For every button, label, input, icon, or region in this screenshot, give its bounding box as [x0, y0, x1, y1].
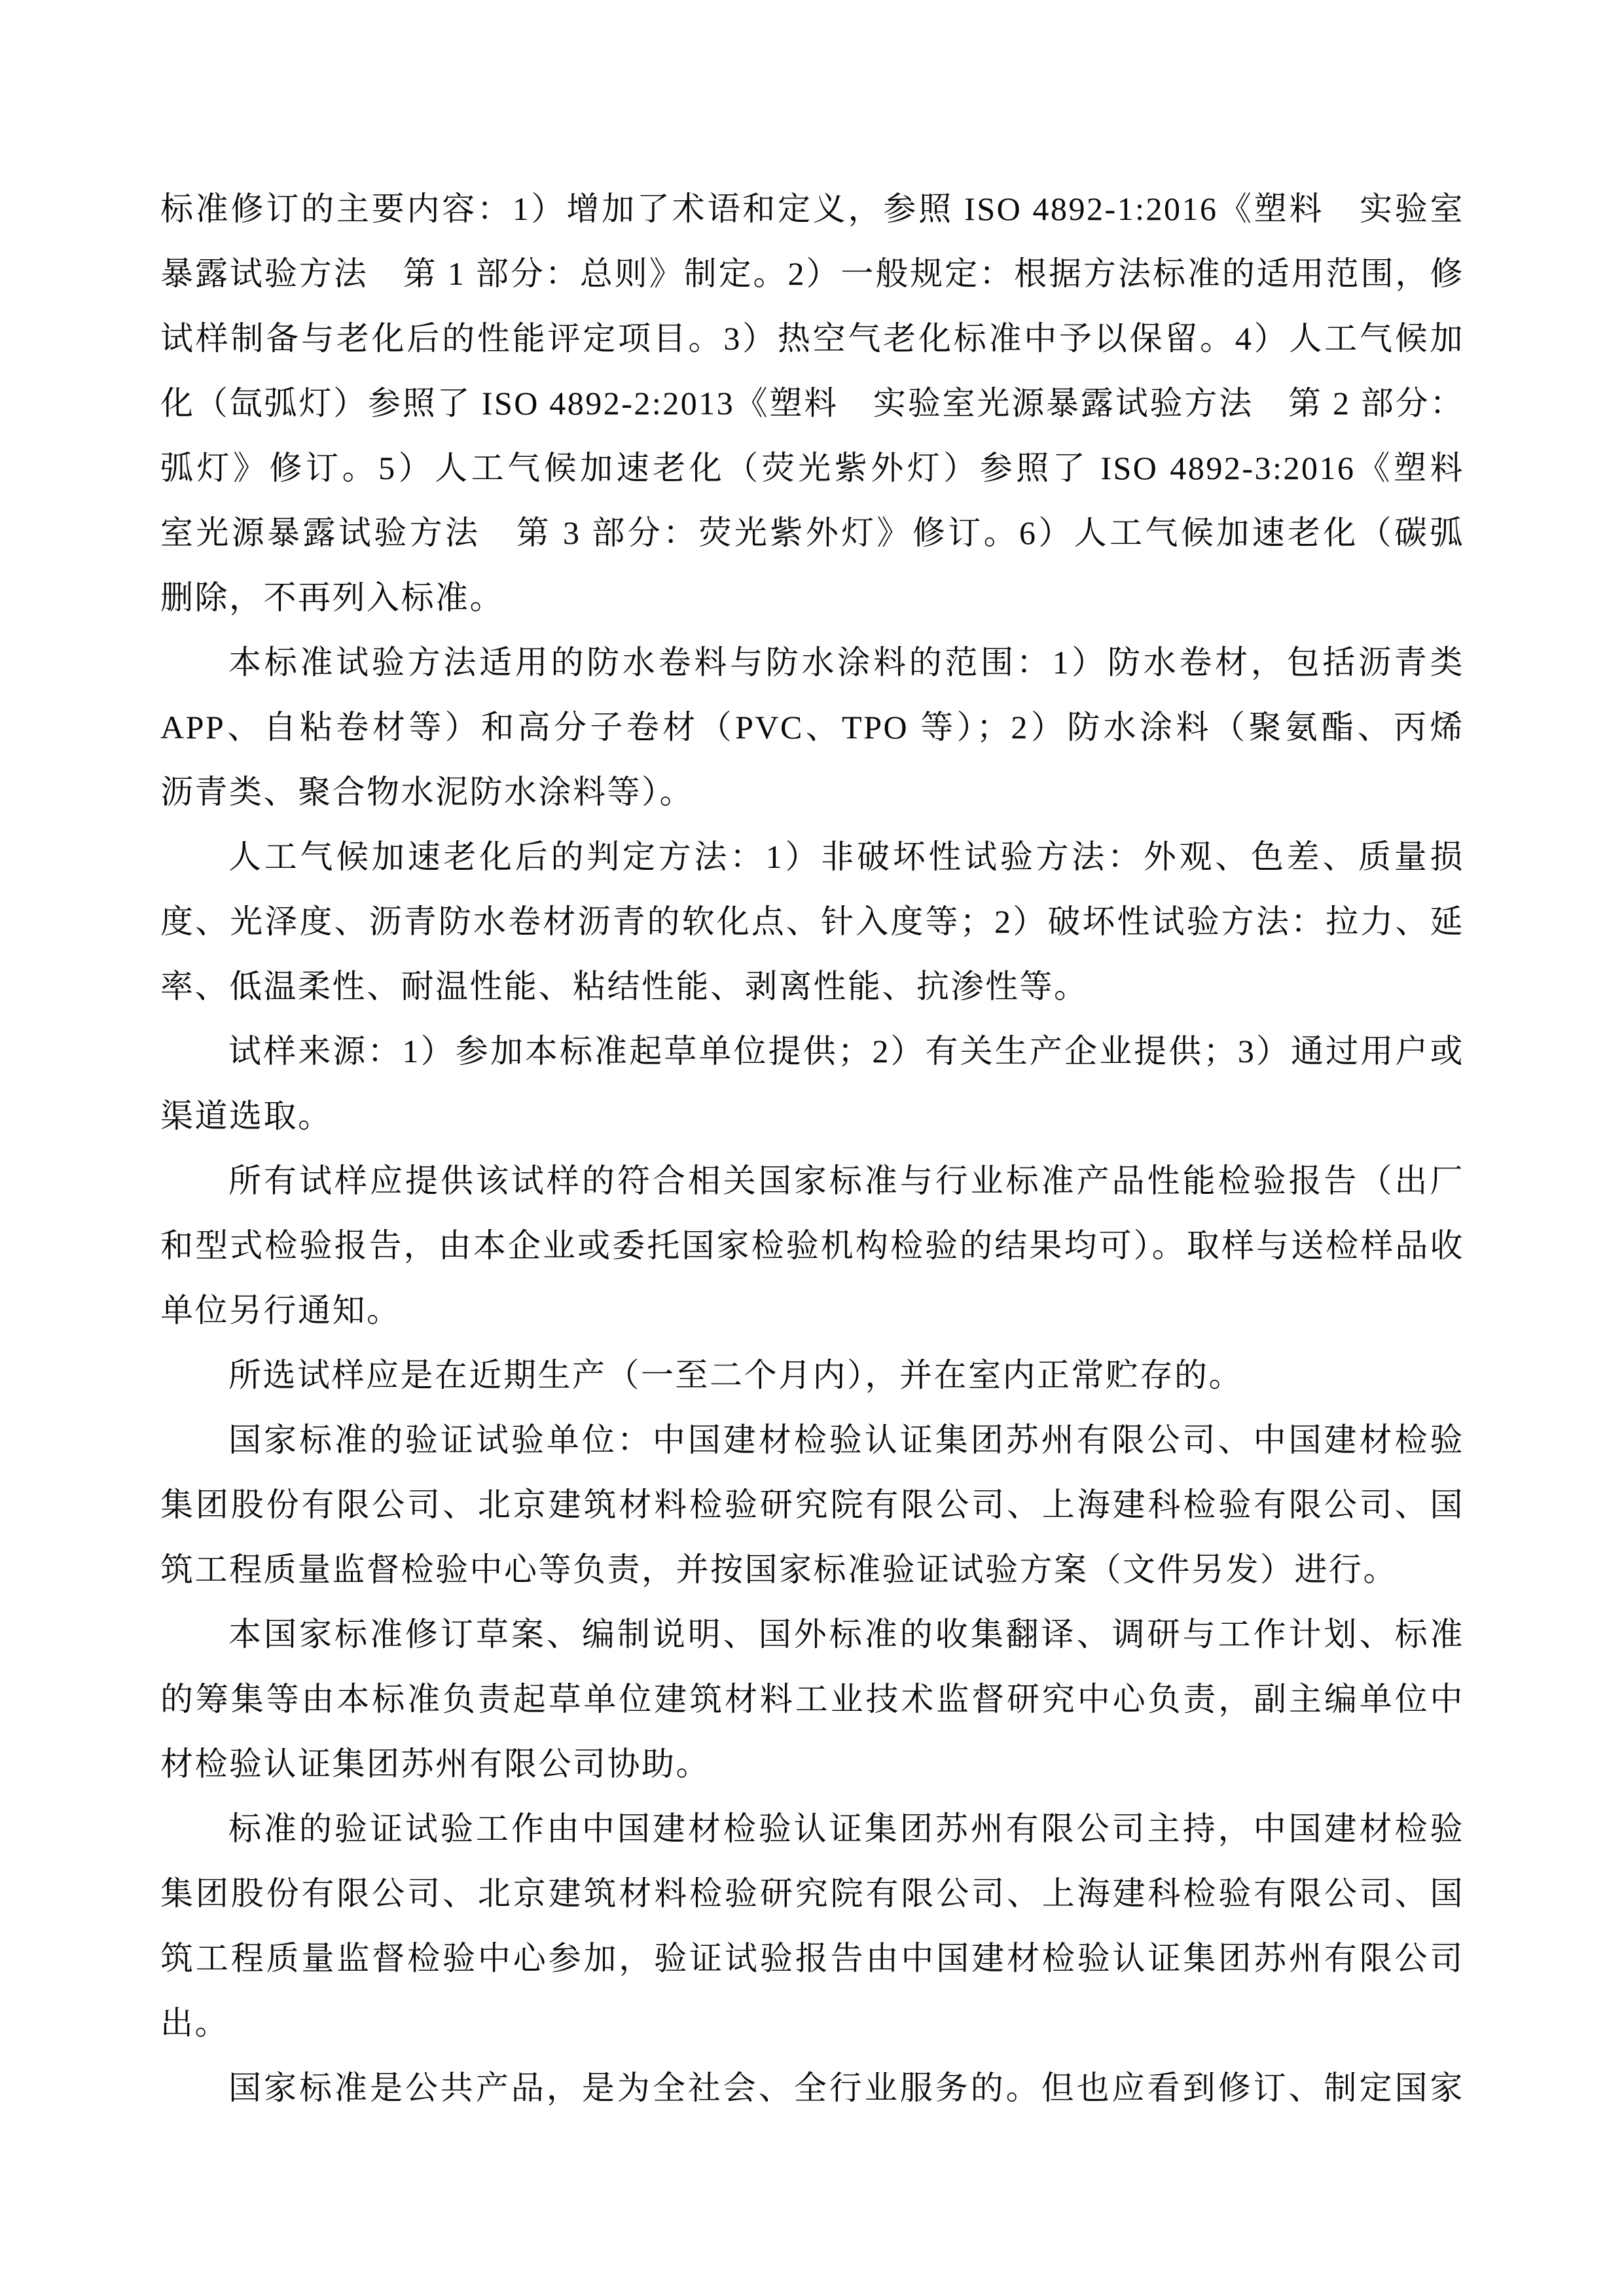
text-line: 材检验认证集团苏州有限公司协助。 — [160, 1732, 1464, 1797]
text-line: APP、自粘卷材等）和高分子卷材（PVC、TPO 等）；2）防水涂料（聚氨酯、丙… — [160, 695, 1464, 760]
text-line: 暴露试验方法 第 1 部分：总则》制定。2）一般规定：根据方法标准的适用范围，修… — [160, 242, 1464, 306]
text-line: 标准修订的主要内容：1）增加了术语和定义，参照 ISO 4892-1:2016《… — [160, 177, 1464, 242]
text-line: 国家标准是公共产品，是为全社会、全行业服务的。但也应看到修订、制定国家标准 — [160, 2056, 1464, 2121]
text-line: 弧灯》修订。5）人工气候加速老化（荧光紫外灯）参照了 ISO 4892-3:20… — [160, 436, 1464, 501]
text-line: 出。 — [160, 1991, 1464, 2056]
text-line: 筑工程质量监督检验中心参加，验证试验报告由中国建材检验认证集团苏州有限公司提 — [160, 1926, 1464, 1991]
text-line: 删除，不再列入标准。 — [160, 565, 1464, 630]
text-line: 所选试样应是在近期生产（一至二个月内），并在室内正常贮存的。 — [160, 1343, 1464, 1408]
text-line: 国家标准的验证试验单位：中国建材检验认证集团苏州有限公司、中国建材检验认证 — [160, 1408, 1464, 1473]
text-line: 单位另行通知。 — [160, 1278, 1464, 1343]
text-line: 集团股份有限公司、北京建筑材料检验研究院有限公司、上海建科检验有限公司、国家建 — [160, 1861, 1464, 1926]
text-line: 标准的验证试验工作由中国建材检验认证集团苏州有限公司主持，中国建材检验认证 — [160, 1797, 1464, 1861]
text-line: 本国家标准修订草案、编制说明、国外标准的收集翻译、调研与工作计划、标准费用 — [160, 1602, 1464, 1667]
text-line: 率、低温柔性、耐温性能、粘结性能、剥离性能、抗渗性等。 — [160, 954, 1464, 1019]
text-line: 本标准试验方法适用的防水卷料与防水涂料的范围：1）防水卷材，包括沥青类（SBS、 — [160, 630, 1464, 695]
text-line: 的筹集等由本标准负责起草单位建筑材料工业技术监督研究中心负责，副主编单位中国建 — [160, 1667, 1464, 1732]
document-body: 标准修订的主要内容：1）增加了术语和定义，参照 ISO 4892-1:2016《… — [160, 177, 1464, 2121]
text-line: 和型式检验报告，由本企业或委托国家检验机构检验的结果均可）。取样与送检样品收样 — [160, 1213, 1464, 1278]
text-line: 试样制备与老化后的性能评定项目。3）热空气老化标准中予以保留。4）人工气候加速老 — [160, 306, 1464, 371]
text-line: 渠道选取。 — [160, 1084, 1464, 1149]
text-line: 人工气候加速老化后的判定方法：1）非破坏性试验方法：外观、色差、质量损失、硬 — [160, 825, 1464, 889]
text-line: 沥青类、聚合物水泥防水涂料等）。 — [160, 760, 1464, 825]
text-line: 化（氙弧灯）参照了 ISO 4892-2:2013《塑料 实验室光源暴露试验方法… — [160, 371, 1464, 436]
text-line: 度、光泽度、沥青防水卷材沥青的软化点、针入度等；2）破坏性试验方法：拉力、延伸 — [160, 889, 1464, 954]
document-page: 标准修订的主要内容：1）增加了术语和定义，参照 ISO 4892-1:2016《… — [0, 0, 1624, 2296]
text-line: 所有试样应提供该试样的符合相关国家标准与行业标准产品性能检验报告（出厂检验 — [160, 1149, 1464, 1213]
text-line: 筑工程质量监督检验中心等负责，并按国家标准验证试验方案（文件另发）进行。 — [160, 1537, 1464, 1602]
text-line: 集团股份有限公司、北京建筑材料检验研究院有限公司、上海建科检验有限公司、国家建 — [160, 1473, 1464, 1537]
text-line: 试样来源：1）参加本标准起草单位提供；2）有关生产企业提供；3）通过用户或其他 — [160, 1019, 1464, 1084]
text-line: 室光源暴露试验方法 第 3 部分：荧光紫外灯》修订。6）人工气候加速老化（碳弧灯… — [160, 501, 1464, 565]
